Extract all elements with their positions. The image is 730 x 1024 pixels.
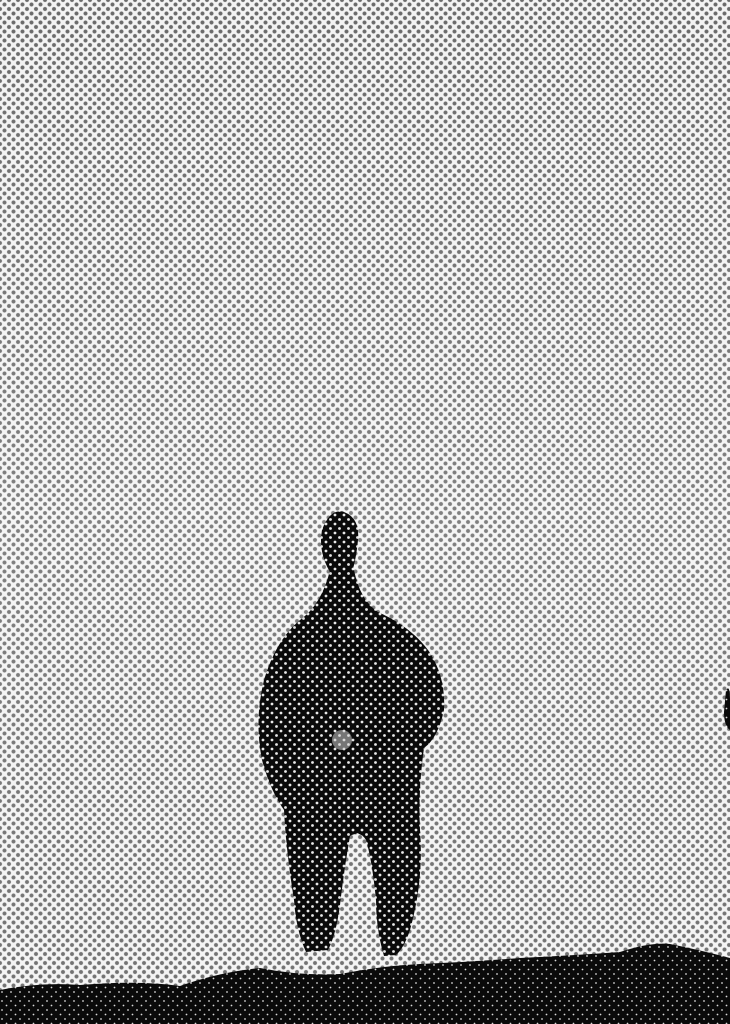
halftone-photo (0, 0, 730, 1024)
standing-figure (258, 511, 444, 956)
ground (0, 944, 730, 1024)
figure-body (258, 570, 444, 956)
edge-object (724, 688, 730, 730)
figure-head (321, 511, 358, 572)
scene-silhouettes (0, 0, 730, 1024)
